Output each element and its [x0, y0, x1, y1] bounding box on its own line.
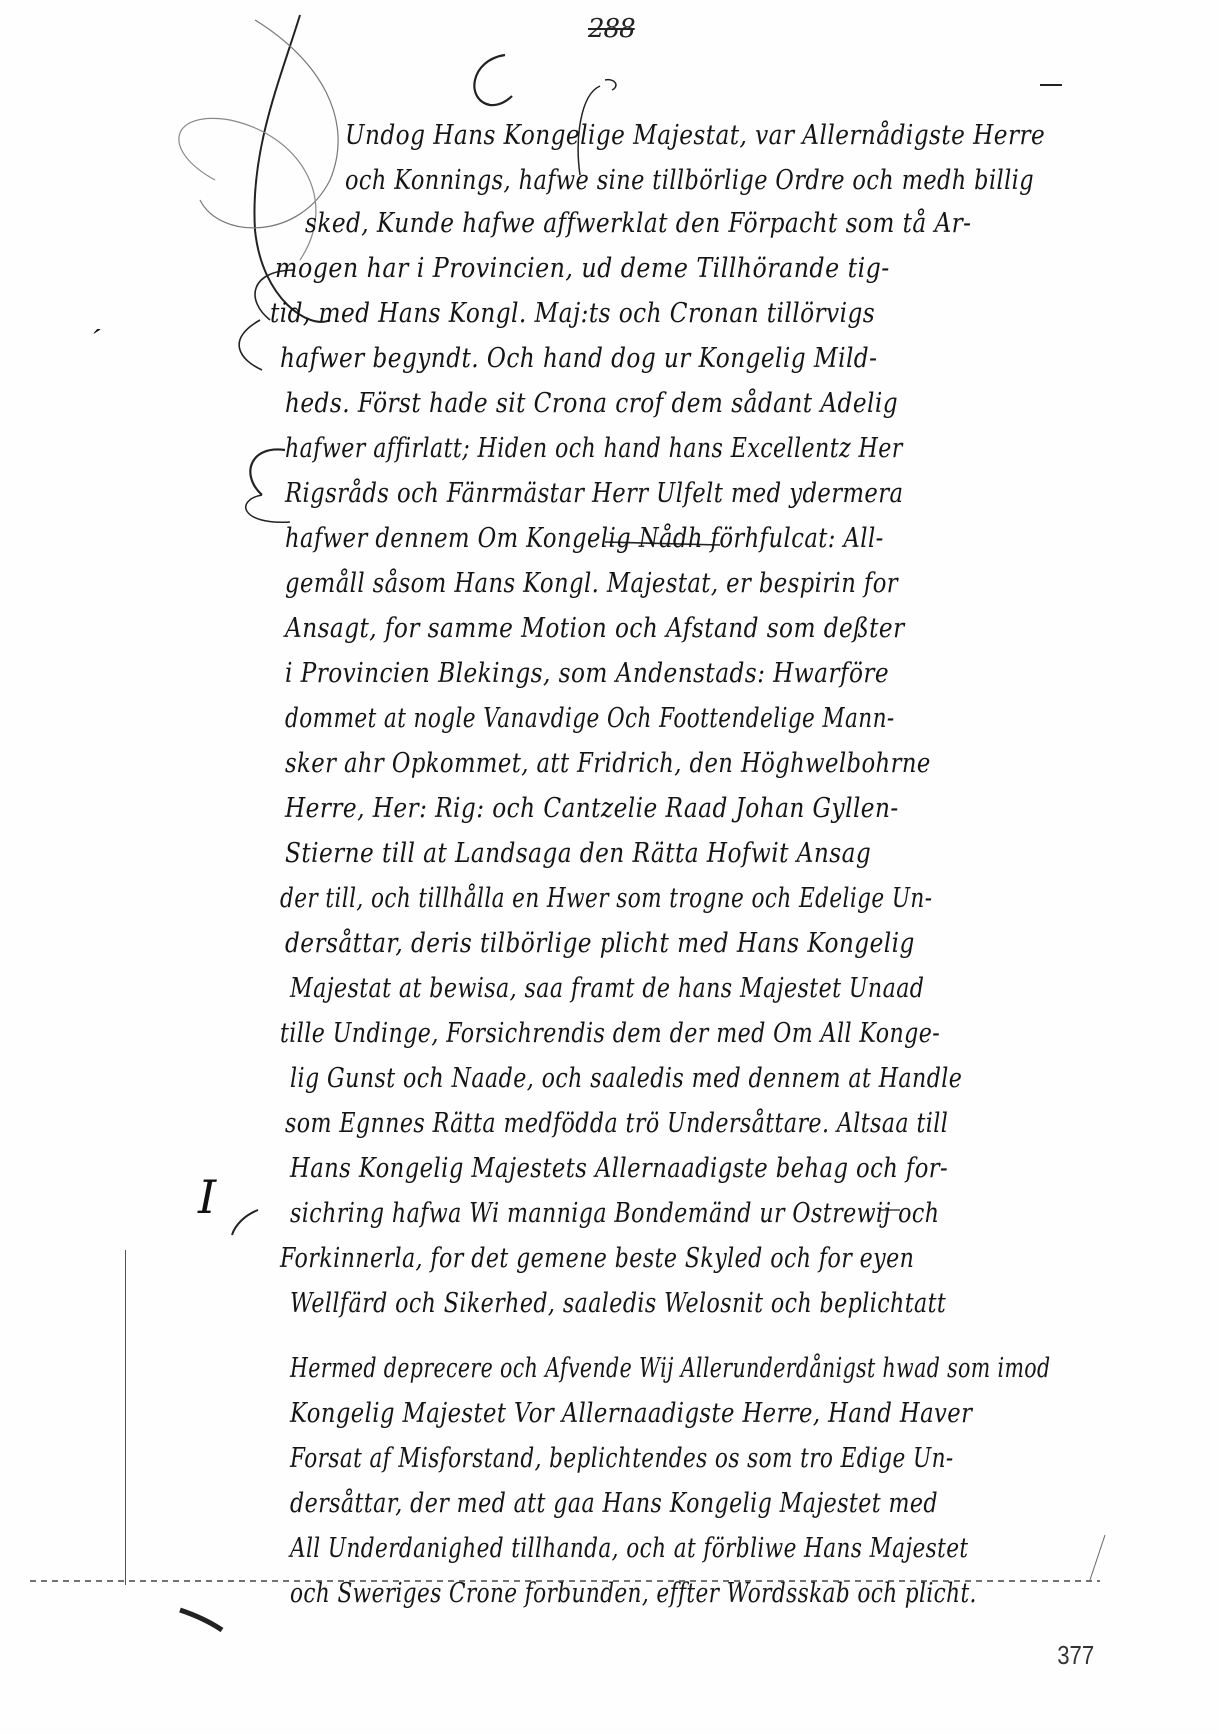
binding-edge-line — [125, 1250, 126, 1585]
text-line: tid, med Hans Kongl. Maj:ts och Cronan t… — [270, 298, 875, 329]
text-line: sichring hafwa Wi manniga Bondemänd ur O… — [290, 1198, 939, 1229]
text-line: All Underdanighed tillhanda, och at förb… — [290, 1533, 969, 1564]
text-line: Ansagt, for samme Motion och Afstand som… — [285, 613, 905, 644]
text-line: dersåttar, der med att gaa Hans Kongelig… — [290, 1488, 938, 1519]
text-line: sked, Kunde hafwe affwerklat den Förpach… — [305, 208, 971, 239]
text-line: och Sweriges Crone forbunden, effter Wor… — [290, 1578, 977, 1609]
text-line: Rigsråds och Fänrmästar Herr Ulfelt med … — [285, 478, 903, 509]
text-line: dommet at nogle Vanavdige Och Foottendel… — [285, 703, 895, 734]
text-line: heds. Först hade sit Crona crof dem såda… — [285, 388, 898, 419]
text-line: hafwer affirlatt; Hiden och hand hans Ex… — [285, 433, 903, 464]
text-line: Forkinnerla, for det gemene beste Skyled… — [280, 1243, 914, 1274]
text-line: lig Gunst och Naade, och saaledis med de… — [290, 1063, 962, 1094]
text-line: Stierne till at Landsaga den Rätta Hofwi… — [285, 838, 871, 869]
text-line: Undog Hans Kongelige Majestat, var Aller… — [345, 120, 1045, 151]
page-number: 377 — [1057, 1640, 1094, 1671]
text-line: Herre, Her: Rig: och Cantzelie Raad Joha… — [285, 793, 899, 824]
text-line: mogen har i Provincien, ud deme Tillhöra… — [275, 253, 890, 284]
page-edge-line — [30, 1580, 1100, 1582]
margin-mark-lower: I — [198, 1170, 216, 1224]
text-line: och Konnings, hafwe sine tillbörlige Ord… — [345, 165, 1034, 196]
manuscript-page: 288 ˏ I Undog Hans Kongelige Majestat, v… — [0, 0, 1220, 1734]
margin-mark-top: ˏ — [92, 300, 102, 335]
text-line: gemåll såsom Hans Kongl. Majestat, er be… — [285, 568, 898, 599]
text-line: tille Undinge, Forsichrendis dem der med… — [280, 1018, 940, 1049]
text-line: der till, och tillhålla en Hwer som trog… — [280, 883, 932, 914]
text-line: Forsat af Misforstand, beplichtendes os … — [290, 1443, 954, 1474]
text-line: Kongelig Majestet Vor Allernaadigste Her… — [290, 1398, 972, 1429]
text-line: dersåttar, deris tilbörlige plicht med H… — [285, 928, 915, 959]
text-line: Wellfärd och Sikerhed, saaledis Welosnit… — [290, 1288, 946, 1319]
text-line: som Egnnes Rätta medfödda trö Undersåtta… — [285, 1108, 948, 1139]
text-line: hafwer dennem Om Kongelig Nådh förhfulca… — [285, 523, 884, 554]
text-line: i Provincien Blekings, som Andenstads: H… — [285, 658, 889, 689]
text-line: Hans Kongelig Majestets Allernaadigste b… — [290, 1153, 948, 1184]
text-line: Majestat at bewisa, saa framt de hans Ma… — [290, 973, 924, 1004]
text-line: hafwer begyndt. Och hand dog ur Kongelig… — [280, 343, 877, 374]
folio-number-struck: 288 — [588, 14, 635, 44]
text-line: Hermed deprecere och Afvende Wij Allerun… — [290, 1353, 1051, 1384]
text-line: sker ahr Opkommet, att Fridrich, den Hög… — [285, 748, 931, 779]
